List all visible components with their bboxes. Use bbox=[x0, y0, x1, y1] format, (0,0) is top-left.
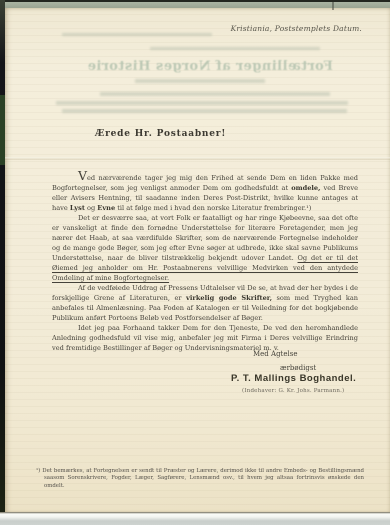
scan-tick-mark bbox=[332, 2, 334, 10]
footnote-text: Det bemærkes, at Fortegnelsen er sendt t… bbox=[42, 468, 364, 489]
letter-paragraph: Idet jeg paa Forhaand takker Dem for den… bbox=[52, 323, 358, 353]
bleedthrough-line bbox=[150, 47, 320, 50]
closing-salutation: Med Agtelse bbox=[253, 350, 297, 358]
fold-crease bbox=[5, 157, 390, 160]
salutation: Ærede Hr. Postaabner! bbox=[95, 129, 226, 139]
bleedthrough-line bbox=[62, 33, 212, 36]
scanned-letter: Fortællinger af Norges Historie Kristian… bbox=[0, 0, 390, 525]
signature-firm-name: P. T. Mallings Boghandel. bbox=[231, 373, 356, 384]
closing-respectfully: ærbødigst bbox=[280, 364, 316, 372]
dateline: Kristiania, Poststemplets Datum. bbox=[231, 24, 362, 33]
bleedthrough-line bbox=[56, 101, 348, 105]
footnote: ¹) Det bemærkes, at Fortegnelsen er send… bbox=[36, 468, 364, 490]
bleedthrough-title: Fortællinger af Norges Historie bbox=[85, 59, 335, 74]
letter-paragraph: Det er desværre saa, at vort Folk er faa… bbox=[52, 213, 358, 283]
bleedthrough-line bbox=[135, 79, 265, 83]
scanner-left-edge bbox=[0, 0, 5, 525]
letter-body: Ved nærværende tager jeg mig den Frihed … bbox=[52, 173, 358, 353]
signature-proprietor: (Indehaver: G. Kr. Johs. Parmann.) bbox=[242, 388, 344, 394]
letter-paragraph: Ved nærværende tager jeg mig den Frihed … bbox=[52, 173, 358, 213]
bleedthrough-line bbox=[62, 109, 347, 113]
bleedthrough-line bbox=[100, 92, 330, 96]
scan-edge-artifact bbox=[0, 95, 5, 165]
scanner-bottom-edge bbox=[0, 512, 390, 525]
letter-paragraph: Af de vedføiede Uddrag af Pressens Udtal… bbox=[52, 283, 358, 323]
